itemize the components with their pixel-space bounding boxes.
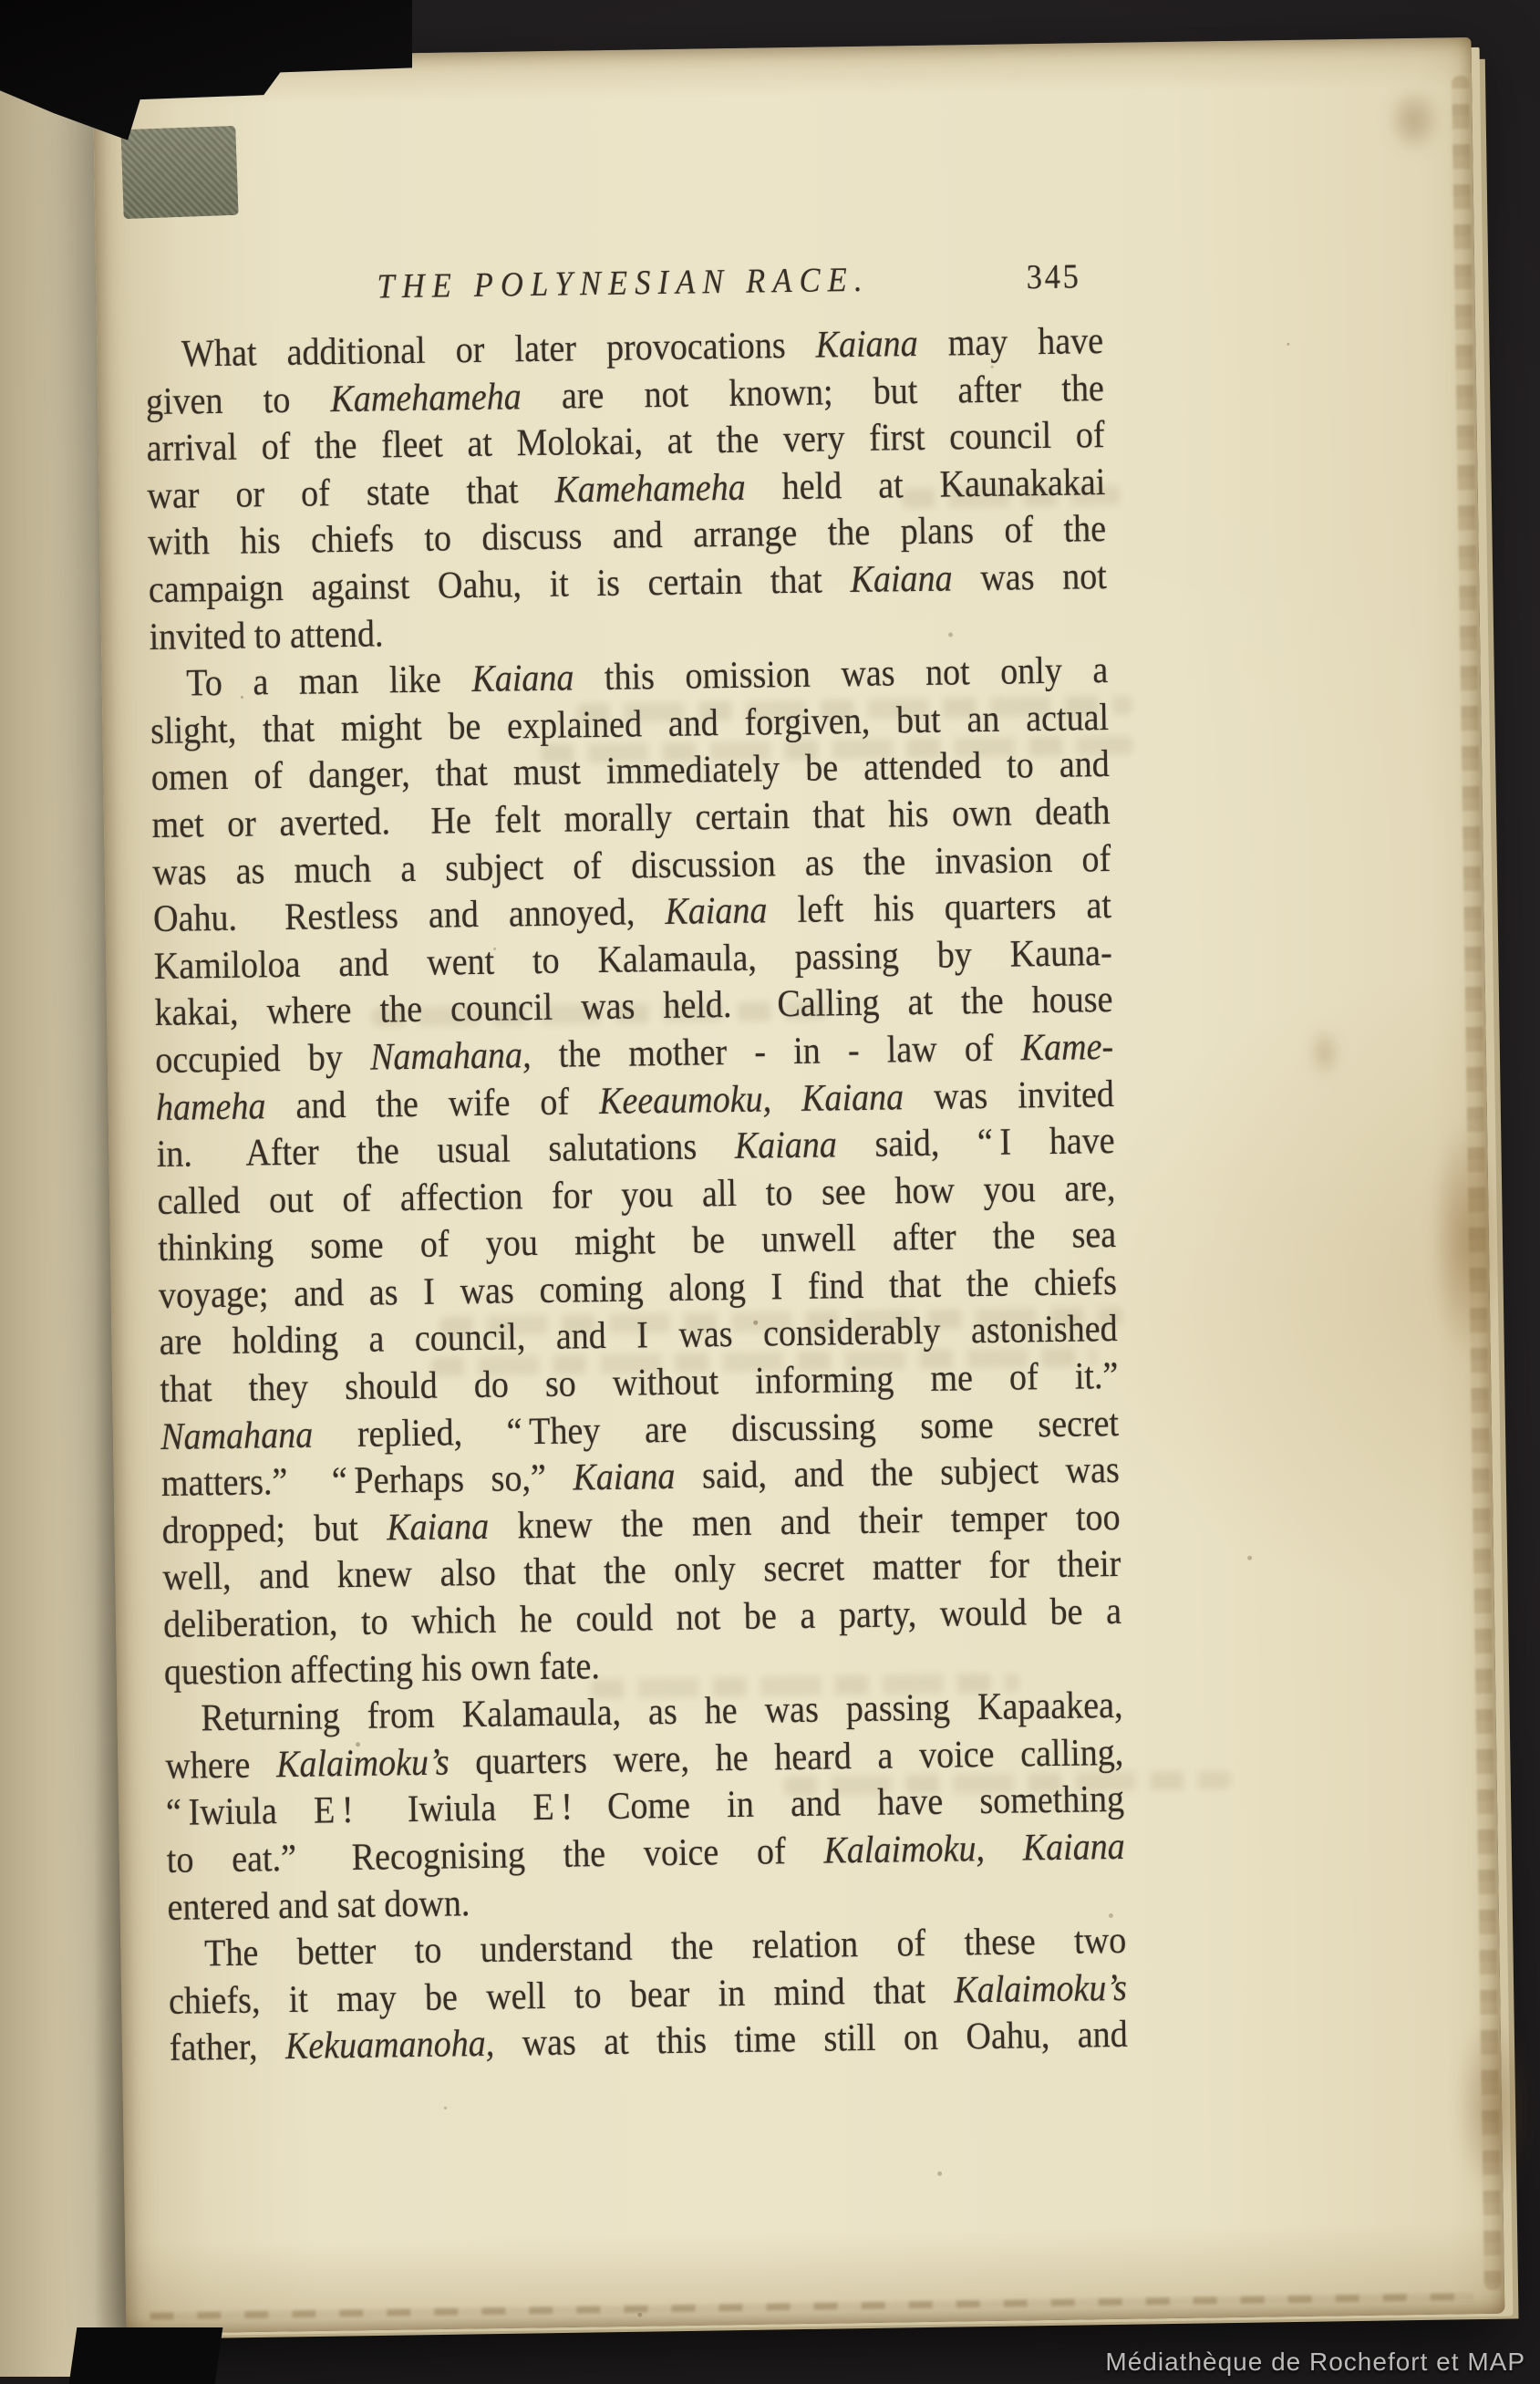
text-body: What additional or later provocations Ka… [145, 318, 1128, 2073]
page-number: 345 [1026, 251, 1081, 303]
page-bottom-edge [150, 2293, 1473, 2320]
page-stain [1429, 1121, 1504, 1361]
page-stain [1386, 85, 1442, 155]
page-stain [1453, 2014, 1533, 2201]
page-text: THE POLYNESIAN RACE. 345 What additional… [144, 251, 1128, 2073]
book-scan-page: THE POLYNESIAN RACE. 345 What additional… [0, 0, 1540, 2384]
watermark: Médiathèque de Rochefort et MAP [1105, 2348, 1525, 2377]
binding-cloth [120, 126, 238, 219]
page-stain [1308, 1026, 1340, 1079]
book-cover-bottom [69, 2327, 223, 2384]
